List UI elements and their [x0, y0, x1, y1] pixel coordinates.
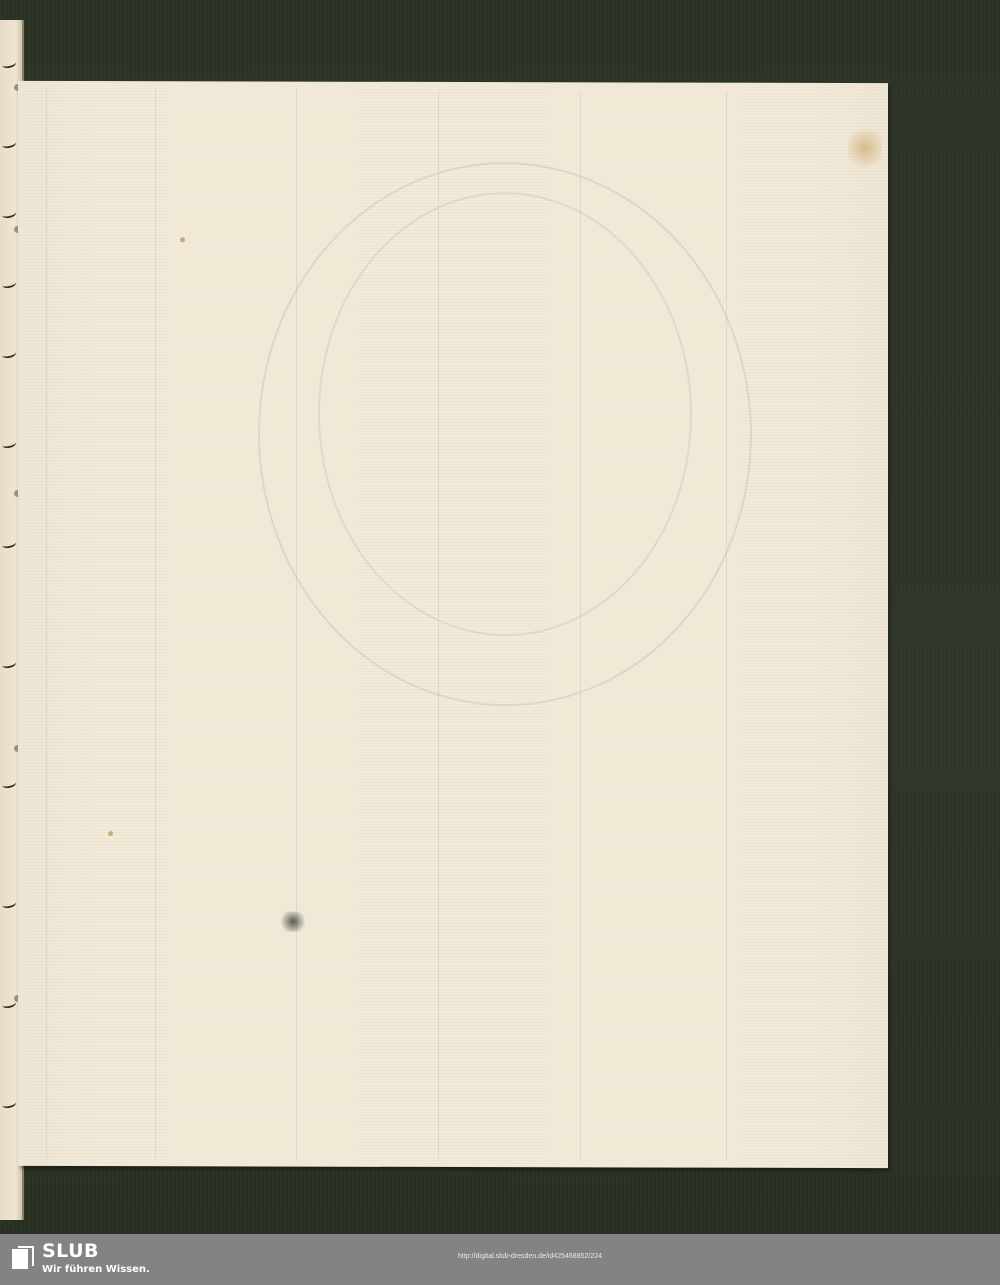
- brand-name: SLUB: [42, 1240, 99, 1262]
- book-pages-icon: [12, 1246, 34, 1268]
- foxing-spot: [108, 831, 113, 836]
- handwriting-fragment: [1, 139, 16, 150]
- foxing-spot: [180, 237, 185, 242]
- handwriting-fragment: [1, 349, 16, 360]
- handwriting-fragment: [1, 899, 16, 910]
- handwriting-fragment: [1, 539, 16, 550]
- paper-chain-line: [46, 89, 47, 1158]
- brand-tagline: Wir führen Wissen.: [42, 1264, 150, 1275]
- manuscript-page: [18, 81, 888, 1168]
- handwriting-fragment: [1, 779, 16, 790]
- ink-smudge: [278, 912, 308, 932]
- handwriting-fragment: [1, 59, 16, 70]
- handwriting-fragment: [1, 1099, 16, 1110]
- foxing-stain: [848, 123, 882, 173]
- handwriting-fragment: [1, 279, 16, 290]
- seal-bleedthrough-inner: [318, 192, 692, 637]
- handwriting-fragment: [1, 439, 16, 450]
- paper-chain-line: [155, 89, 156, 1158]
- permalink-url: http://digital.slub-dresden.de/id4254688…: [458, 1253, 602, 1260]
- handwriting-fragment: [1, 659, 16, 670]
- paper-chain-line: [296, 90, 297, 1159]
- paper-chain-line: [726, 91, 727, 1160]
- handwriting-fragment: [1, 209, 16, 220]
